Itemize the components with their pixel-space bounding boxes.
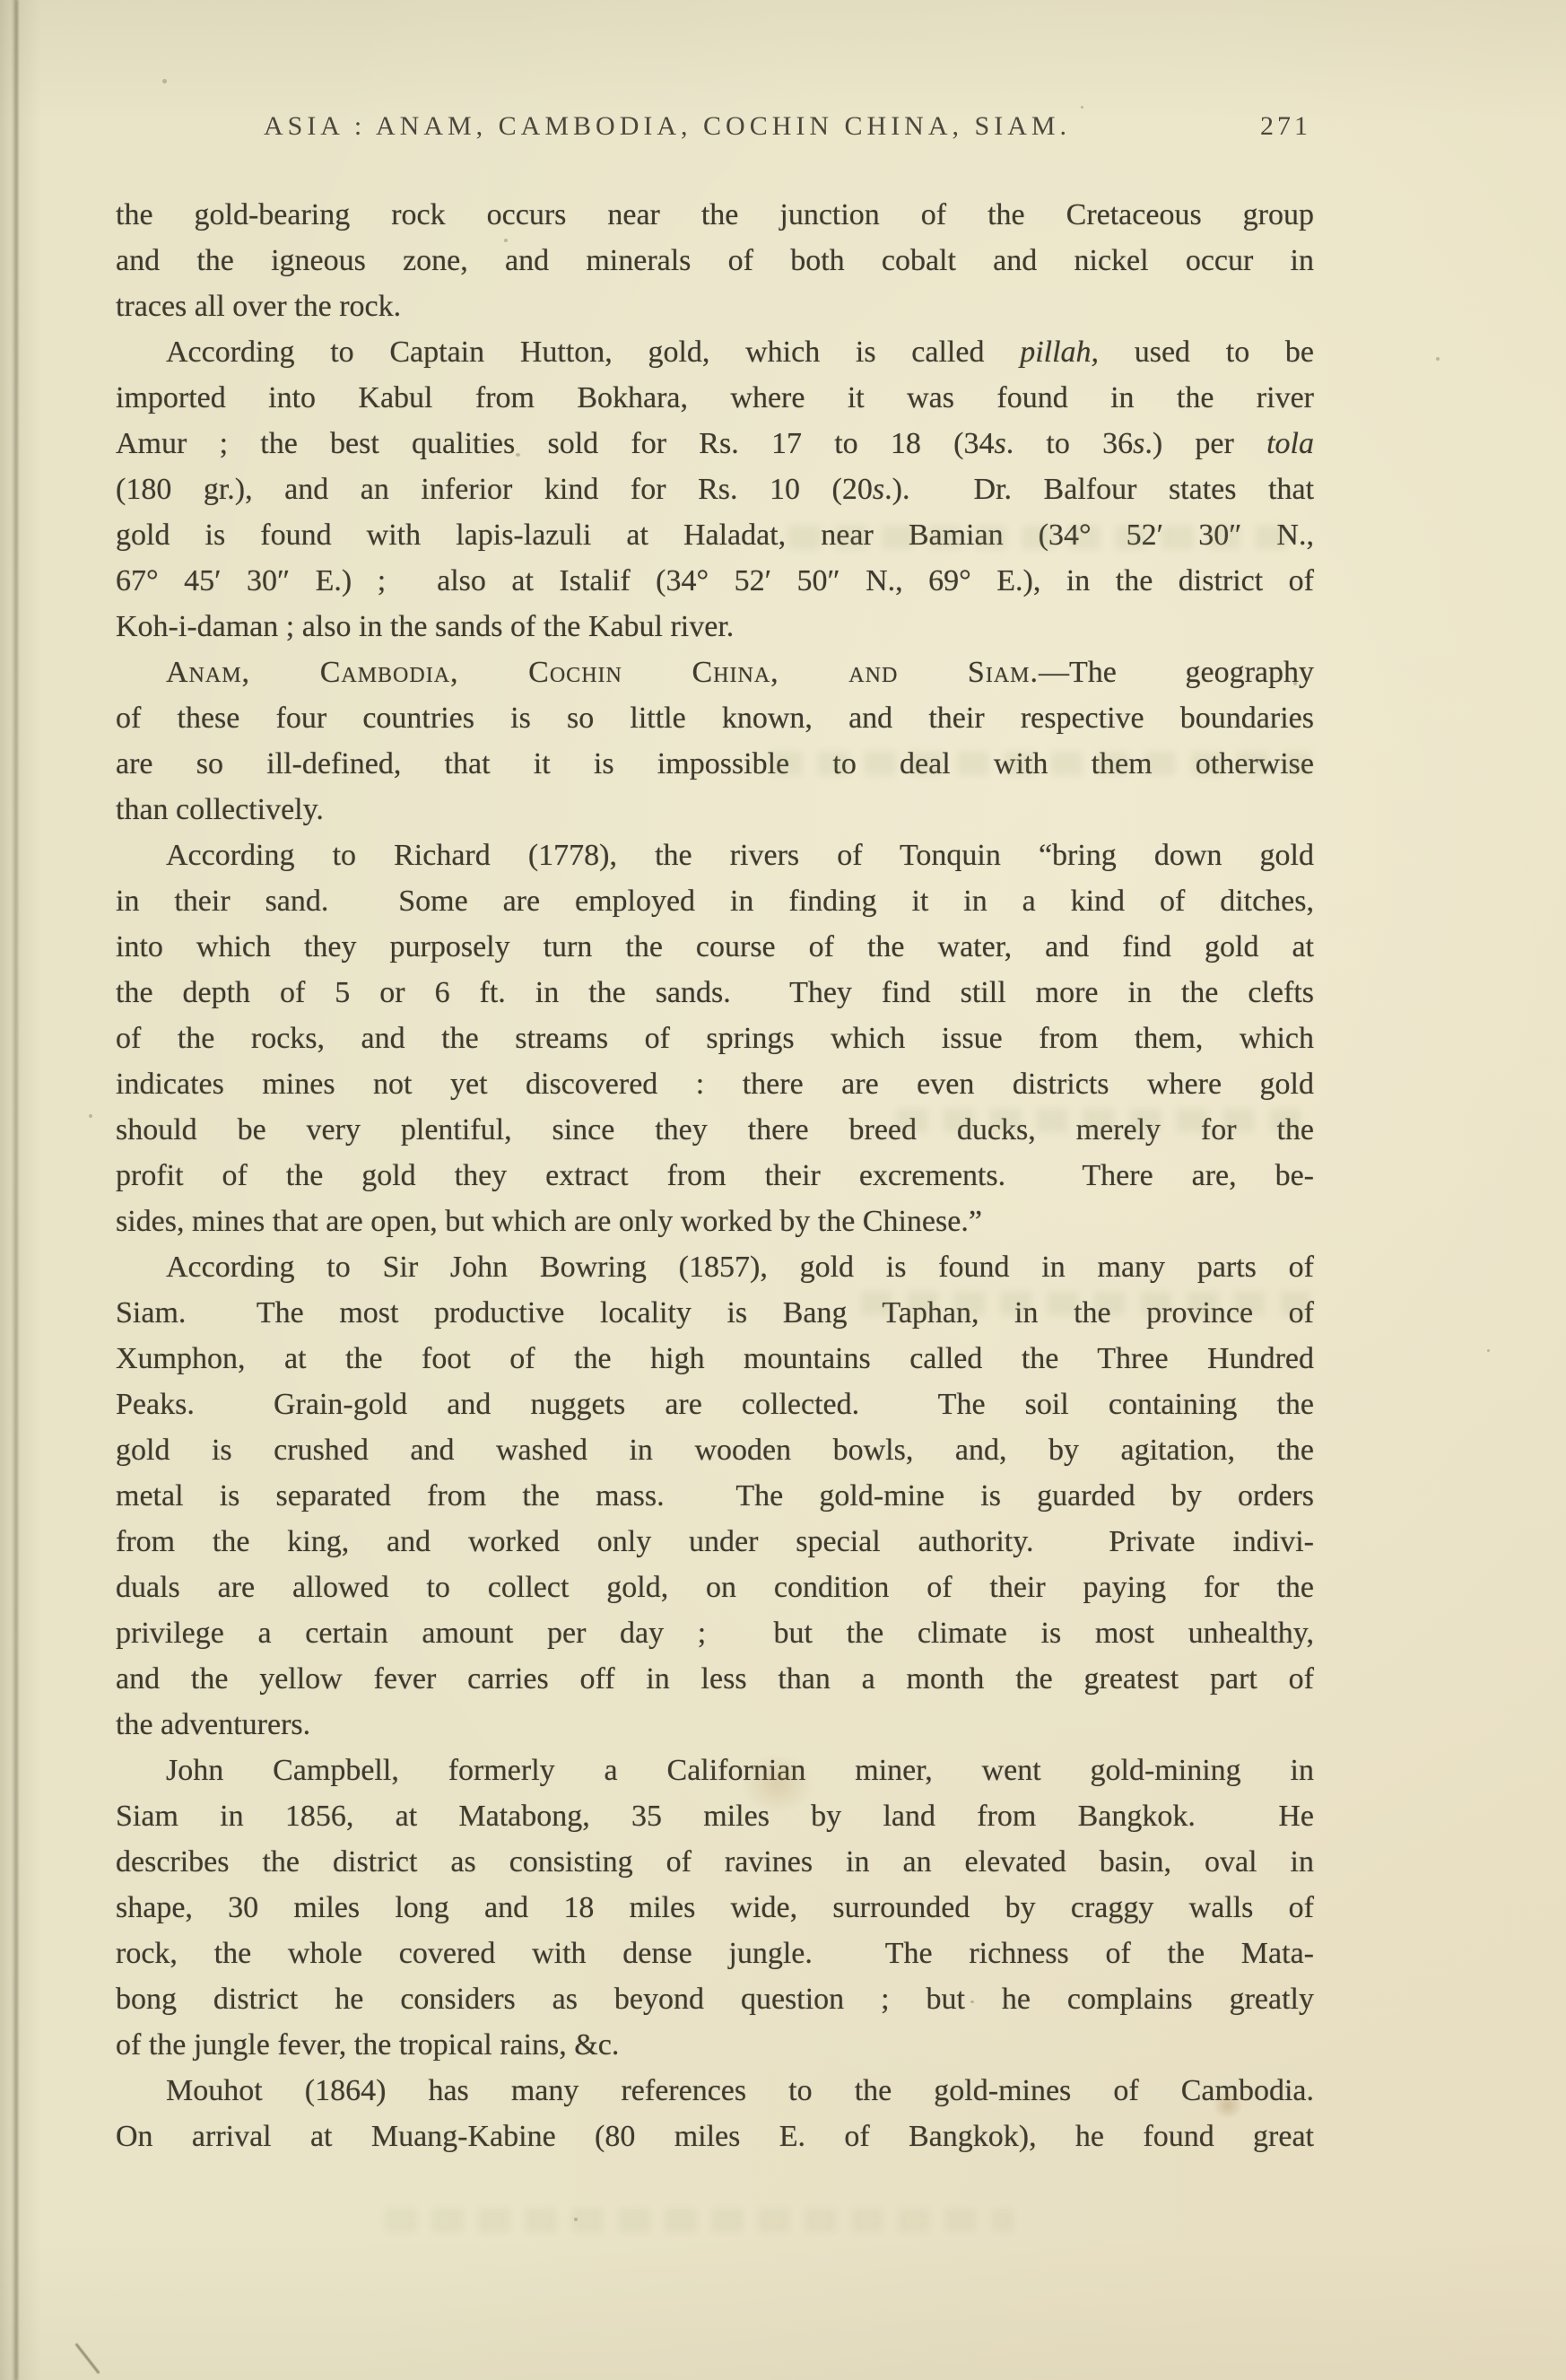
- text-line: from the king, and worked only under spe…: [116, 1519, 1314, 1565]
- paper-speck: [574, 2218, 578, 2221]
- paragraph: Anam, Cambodia, Cochin China, and Siam.—…: [116, 649, 1314, 833]
- showthrough-ghost: [789, 526, 1292, 549]
- text-line: Peaks. Grain-gold and nuggets are collec…: [116, 1382, 1314, 1427]
- paper-speck: [162, 79, 167, 83]
- text-line: profit of the gold they extract from the…: [116, 1153, 1314, 1199]
- showthrough-ghost: [861, 1292, 1309, 1315]
- showthrough-ghost: [771, 752, 1309, 775]
- text-line: rock, the whole covered with dense jungl…: [116, 1931, 1314, 1976]
- paper-speck: [1436, 357, 1440, 361]
- paragraph: According to Captain Hutton, gold, which…: [116, 329, 1314, 649]
- running-head: ASIA : ANAM, CAMBODIA, COCHIN CHINA, SIA…: [116, 111, 1314, 142]
- showthrough-ghost: [897, 1109, 1309, 1132]
- paper-stain: [1213, 2092, 1243, 2119]
- text-line: (180 gr.), and an inferior kind for Rs. …: [116, 466, 1314, 512]
- paragraph: John Campbell, formerly a Californian mi…: [116, 1748, 1314, 2068]
- text-block: the gold-bearing rock occurs near the ju…: [116, 192, 1314, 2159]
- paper-speck: [1293, 682, 1297, 685]
- text-line: Anam, Cambodia, Cochin China, and Siam.—…: [116, 649, 1314, 695]
- fiber-mark: [74, 2343, 100, 2375]
- page-number: 271: [1260, 111, 1311, 142]
- text-line: traces all over the rock.: [116, 283, 1314, 329]
- text-line: bong district he considers as beyond que…: [116, 1976, 1314, 2022]
- text-line: of the rocks, and the streams of springs…: [116, 1016, 1314, 1061]
- text-line: shape, 30 miles long and 18 miles wide, …: [116, 1885, 1314, 1931]
- text-line: and the yellow fever carries off in less…: [116, 1656, 1314, 1702]
- text-line: Xumphon, at the foot of the high mountai…: [116, 1336, 1314, 1382]
- text-line: 67° 45′ 30″ E.) ; also at Istalif (34° 5…: [116, 558, 1314, 604]
- text-line: Siam in 1856, at Matabong, 35 miles by l…: [116, 1793, 1314, 1839]
- paper-speck: [1081, 106, 1083, 109]
- text-line: Mouhot (1864) has many references to the…: [116, 2068, 1314, 2114]
- paper-speck: [89, 1114, 92, 1118]
- paper-speck: [504, 239, 508, 242]
- text-line: indicates mines not yet discovered : the…: [116, 1061, 1314, 1107]
- scanned-book-page: { "colors": { "paper": "#e9e4c8", "ink":…: [0, 0, 1566, 2380]
- text-line: On arrival at Muang-Kabine (80 miles E. …: [116, 2114, 1314, 2159]
- text-line: the depth of 5 or 6 ft. in the sands. Th…: [116, 970, 1314, 1016]
- text-line: According to Captain Hutton, gold, which…: [116, 329, 1314, 375]
- text-line: the adventurers.: [116, 1702, 1314, 1748]
- paragraph: Mouhot (1864) has many references to the…: [116, 2068, 1314, 2159]
- page-header: ASIA : ANAM, CAMBODIA, COCHIN CHINA, SIA…: [0, 111, 1566, 151]
- text-line: privilege a certain amount per day ; but…: [116, 1610, 1314, 1656]
- text-line: than collectively.: [116, 787, 1314, 833]
- paper-speck: [516, 453, 520, 457]
- paper-stain: [743, 1755, 813, 1812]
- text-line: duals are allowed to collect gold, on co…: [116, 1565, 1314, 1610]
- page-edge-crease: [15, 0, 18, 2380]
- text-line: of the jungle fever, the tropical rains,…: [116, 2022, 1314, 2068]
- text-line: and the igneous zone, and minerals of bo…: [116, 238, 1314, 283]
- paragraph: According to Richard (1778), the rivers …: [116, 833, 1314, 1244]
- text-line: Koh-i-daman ; also in the sands of the K…: [116, 604, 1314, 649]
- text-line: According to Richard (1778), the rivers …: [116, 833, 1314, 878]
- text-line: describes the district as consisting of …: [116, 1839, 1314, 1885]
- paper-speck: [970, 2001, 974, 2003]
- paper-speck: [1487, 1349, 1490, 1352]
- text-line: sides, mines that are open, but which ar…: [116, 1199, 1314, 1244]
- text-line: the gold-bearing rock occurs near the ju…: [116, 192, 1314, 238]
- text-line: into which they purposely turn the cours…: [116, 924, 1314, 970]
- text-line: of these four countries is so little kno…: [116, 695, 1314, 741]
- paragraph: the gold-bearing rock occurs near the ju…: [116, 192, 1314, 329]
- text-line: in their sand. Some are employed in find…: [116, 878, 1314, 924]
- paragraph: According to Sir John Bowring (1857), go…: [116, 1244, 1314, 1748]
- text-line: imported into Kabul from Bokhara, where …: [116, 375, 1314, 421]
- text-line: metal is separated from the mass. The go…: [116, 1473, 1314, 1519]
- text-line: According to Sir John Bowring (1857), go…: [116, 1244, 1314, 1290]
- showthrough-ghost: [386, 2209, 1014, 2232]
- text-line: Amur ; the best qualities sold for Rs. 1…: [116, 421, 1314, 466]
- text-line: John Campbell, formerly a Californian mi…: [116, 1748, 1314, 1793]
- text-line: gold is crushed and washed in wooden bow…: [116, 1427, 1314, 1473]
